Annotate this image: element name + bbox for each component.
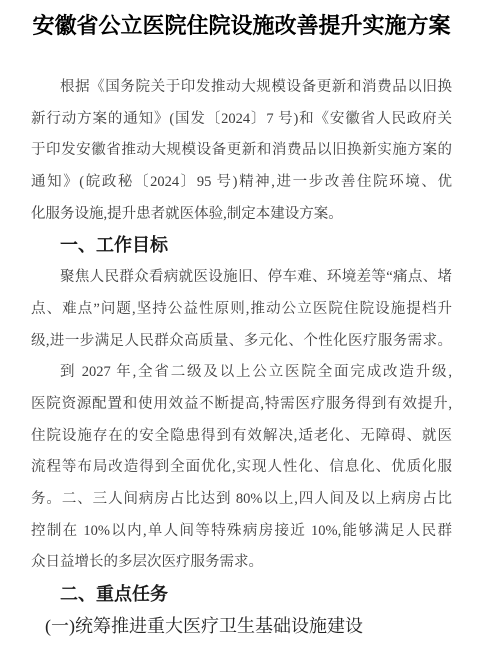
document-page: 安徽省公立医院住院设施改善提升实施方案 根据《国务院关于印发推动大规模设备更新和… [0,0,483,652]
paragraph-3-line-3: 住院设施存在的安全隐患得到有效解决,适老化、无障碍、就医 [31,421,452,453]
sub-heading-1: (一)统筹推进重大医疗卫生基础设施建设 [31,611,452,643]
paragraph-2-line-3: 级,进一步满足人民群众高质量、多元化、个性化医疗服务需求。 [31,326,452,358]
section-heading-1: 一、工作目标 [31,230,452,262]
paragraph-1-line-2: 新行动方案的通知》(国发〔2024〕7 号)和《安徽省人民政府关 [31,104,452,136]
paragraph-3-line-7: 众日益增长的多层次医疗服务需求。 [31,547,452,579]
document-title: 安徽省公立医院住院设施改善提升实施方案 [0,10,483,42]
paragraph-3-line-4: 流程等布局改造得到全面优化,实现人性化、信息化、优质化服 [31,452,452,484]
paragraph-3-line-1: 到 2027 年,全省二级及以上公立医院全面完成改造升级, [31,357,452,389]
document-body: 根据《国务院关于印发推动大规模设备更新和消费品以旧换 新行动方案的通知》(国发〔… [31,72,452,642]
paragraph-2-line-1: 聚焦人民群众看病就医设施旧、停车难、环境差等“痛点、堵 [31,262,452,294]
paragraph-1-line-3: 于印发安徽省推动大规模设备更新和消费品以旧换新实施方案的 [31,135,452,167]
paragraph-2-line-2: 点、难点”问题,坚持公益性原则,推动公立医院住院设施提档升 [31,294,452,326]
paragraph-1-line-1: 根据《国务院关于印发推动大规模设备更新和消费品以旧换 [31,72,452,104]
paragraph-3-line-6: 控制在 10%以内,单人间等特殊病房接近 10%,能够满足人民群 [31,516,452,548]
paragraph-1-line-5: 化服务设施,提升患者就医体验,制定本建设方案。 [31,199,452,231]
paragraph-3-line-5: 务。二、三人间病房占比达到 80%以上,四人间及以上病房占比 [31,484,452,516]
paragraph-3-line-2: 医院资源配置和使用效益不断提高,特需医疗服务得到有效提升, [31,389,452,421]
section-heading-2: 二、重点任务 [31,579,452,611]
paragraph-1-line-4: 通知》(皖政秘〔2024〕95 号)精神,进一步改善住院环境、优 [31,167,452,199]
